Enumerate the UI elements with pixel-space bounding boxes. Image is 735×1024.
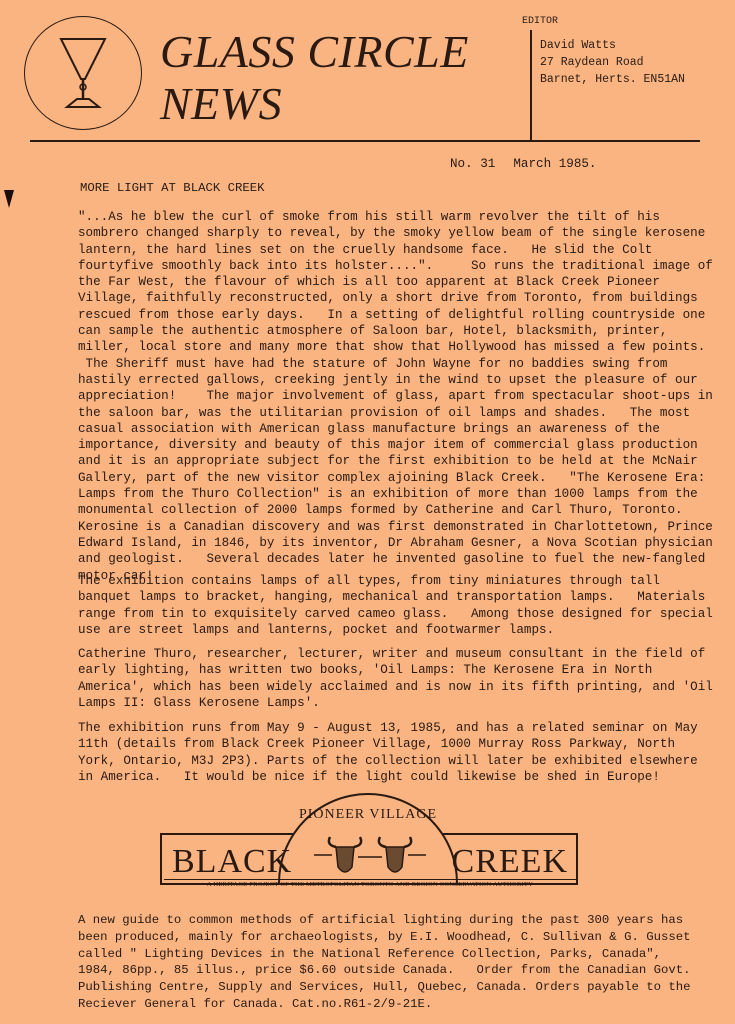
logo-word-creek: CREEK	[452, 845, 568, 879]
wine-glass-icon	[53, 35, 113, 111]
masthead-divider	[30, 140, 700, 142]
article-paragraph-1: "...As he blew the curl of smoke from hi…	[78, 209, 713, 584]
masthead-logo	[24, 16, 142, 130]
article-heading: MORE LIGHT AT BLACK CREEK	[80, 181, 264, 195]
masthead-divider-vertical	[530, 30, 532, 140]
logo-word-black: BLACK	[172, 845, 292, 879]
editor-label: EDITOR	[522, 16, 558, 27]
title-line-2: NEWS	[160, 78, 469, 130]
oxen-heads-icon	[310, 831, 430, 881]
logo-tagline: A HERITAGE PROJECT OF THE METROPOLITAN T…	[164, 879, 576, 890]
editor-name: David Watts	[540, 37, 685, 54]
black-creek-logo: PIONEER VILLAGE BLACK CREEK A HERITAGE P…	[160, 793, 580, 897]
editor-address-line-1: 27 Raydean Road	[540, 54, 685, 71]
issue-info: No. 31March 1985.	[450, 157, 615, 171]
newsletter-title: GLASS CIRCLE NEWS	[160, 26, 469, 130]
issue-number: No. 31	[450, 157, 495, 171]
logo-arch-text: PIONEER VILLAGE	[280, 807, 456, 823]
issue-date: March 1985.	[513, 157, 596, 171]
editor-address: David Watts 27 Raydean Road Barnet, Hert…	[540, 37, 685, 88]
margin-ink-mark	[4, 190, 14, 208]
newsletter-page: GLASS CIRCLE NEWS EDITOR David Watts 27 …	[0, 0, 735, 1024]
notice-paragraph: A new guide to common methods of artific…	[78, 912, 691, 1013]
article-paragraph-2: The exhibition contains lamps of all typ…	[78, 573, 713, 638]
editor-address-line-2: Barnet, Herts. EN51AN	[540, 71, 685, 88]
title-line-1: GLASS CIRCLE	[160, 26, 469, 78]
article-paragraph-3: Catherine Thuro, researcher, lecturer, w…	[78, 646, 713, 711]
article-paragraph-4: The exhibition runs from May 9 - August …	[78, 720, 698, 785]
